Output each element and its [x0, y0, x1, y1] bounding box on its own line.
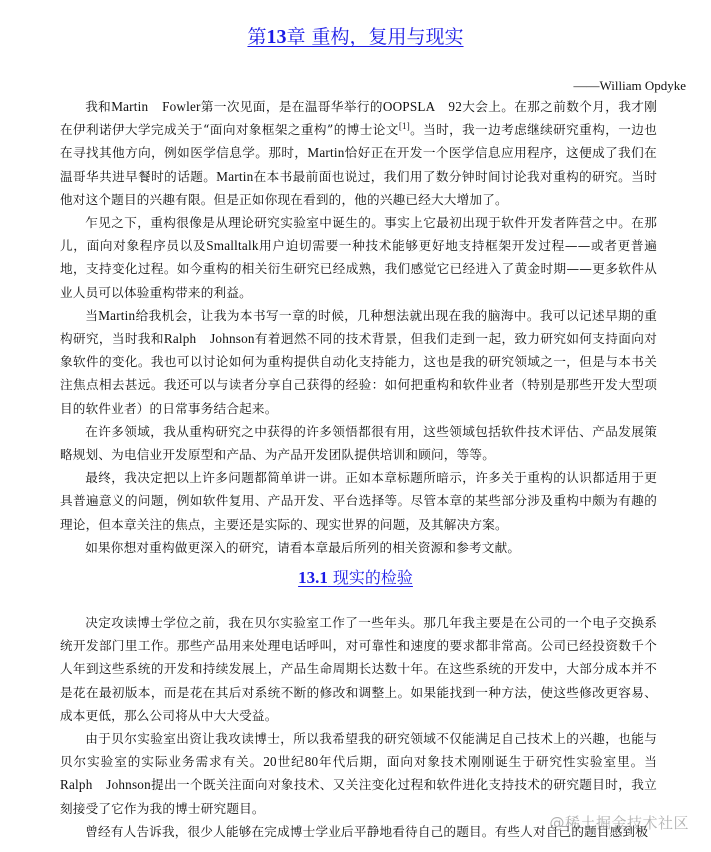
text: 如果你想对重构做更深入的研究，请看本章最后所列的相关资源和参考文献。 — [85, 540, 520, 555]
footnote-ref[interactable]: [1] — [399, 121, 410, 131]
chapter-title-link[interactable]: 第13章 重构，复用与现实 — [247, 26, 463, 48]
section-title: 13.1 现实的检验 — [0, 565, 711, 591]
paragraph-8: 由于贝尔实验室出资让我攻读博士，所以我希望我的研究领域不仅能满足自己技术上的兴趣… — [60, 727, 657, 820]
chapter-name: 章 重构，复用与现实 — [286, 26, 463, 48]
name-text: Martin — [307, 145, 344, 160]
text: 在许多领域，我从重构研究之中获得的许多领悟都很有用，这些领域包括软件技术评估、产… — [60, 424, 657, 462]
name-text: Martin — [216, 169, 253, 184]
paragraph-1: 我和Martin Fowler第一次见面，是在温哥华举行的OOPSLA 92大会… — [60, 95, 657, 211]
paragraph-5: 最终，我决定把以上许多问题都简单讲一讲。正如本章标题所暗示，许多关于重构的认识都… — [60, 466, 657, 536]
section-number: 13.1 — [298, 568, 328, 587]
paragraph-6: 如果你想对重构做更深入的研究，请看本章最后所列的相关资源和参考文献。 — [60, 536, 657, 559]
epigraph-attribution: ——William Opdyke — [574, 77, 687, 95]
name-text: Ralph Johnson — [164, 331, 255, 346]
text: 年代后期，面向对象技术刚刚诞生于研究性实验室里。当 — [318, 754, 657, 769]
section-title-link[interactable]: 13.1 现实的检验 — [298, 568, 413, 587]
text: 世纪 — [277, 754, 305, 769]
conference-text: OOPSLA 92 — [383, 99, 462, 114]
section-body: 决定攻读博士学位之前，我在贝尔实验室工作了一些年头。那几年我主要是在公司的一个电… — [60, 611, 657, 843]
paragraph-4: 在许多领域，我从重构研究之中获得的许多领悟都很有用，这些领域包括软件技术评估、产… — [60, 420, 657, 466]
number-text: 80 — [305, 754, 319, 769]
number-text: 20 — [263, 754, 277, 769]
watermark: @稀土掘金技术社区 — [549, 812, 689, 833]
intro-body: 我和Martin Fowler第一次见面，是在温哥华举行的OOPSLA 92大会… — [60, 95, 657, 559]
text: 第一次见面，是在温哥华举行的 — [201, 99, 383, 114]
paragraph-3: 当Martin给我机会，让我为本书写一章的时候，几种想法就出现在我的脑海中。我可… — [60, 304, 657, 420]
chapter-title: 第13章 重构，复用与现实 — [0, 22, 711, 52]
text: 最终，我决定把以上许多问题都简单讲一讲。正如本章标题所暗示，许多关于重构的认识都… — [60, 470, 657, 531]
text: 我和 — [85, 99, 111, 114]
text: 当 — [85, 308, 98, 323]
chapter-number: 13 — [266, 26, 286, 48]
name-text: Smalltalk — [206, 238, 258, 253]
document-page: 第13章 重构，复用与现实 ——William Opdyke 我和Martin … — [0, 0, 711, 852]
chapter-prefix: 第 — [247, 26, 266, 48]
paragraph-7: 决定攻读博士学位之前，我在贝尔实验室工作了一些年头。那几年我主要是在公司的一个电… — [60, 611, 657, 727]
name-text: Martin — [98, 308, 135, 323]
section-name: 现实的检验 — [328, 568, 413, 587]
text: 决定攻读博士学位之前，我在贝尔实验室工作了一些年头。那几年我主要是在公司的一个电… — [60, 615, 657, 723]
name-text: Martin Fowler — [111, 99, 200, 114]
paragraph-2: 乍见之下，重构很像是从理论研究实验室中诞生的。事实上它最初出现于软件开发者阵营之… — [60, 211, 657, 304]
name-text: Ralph Johnson — [60, 777, 151, 792]
